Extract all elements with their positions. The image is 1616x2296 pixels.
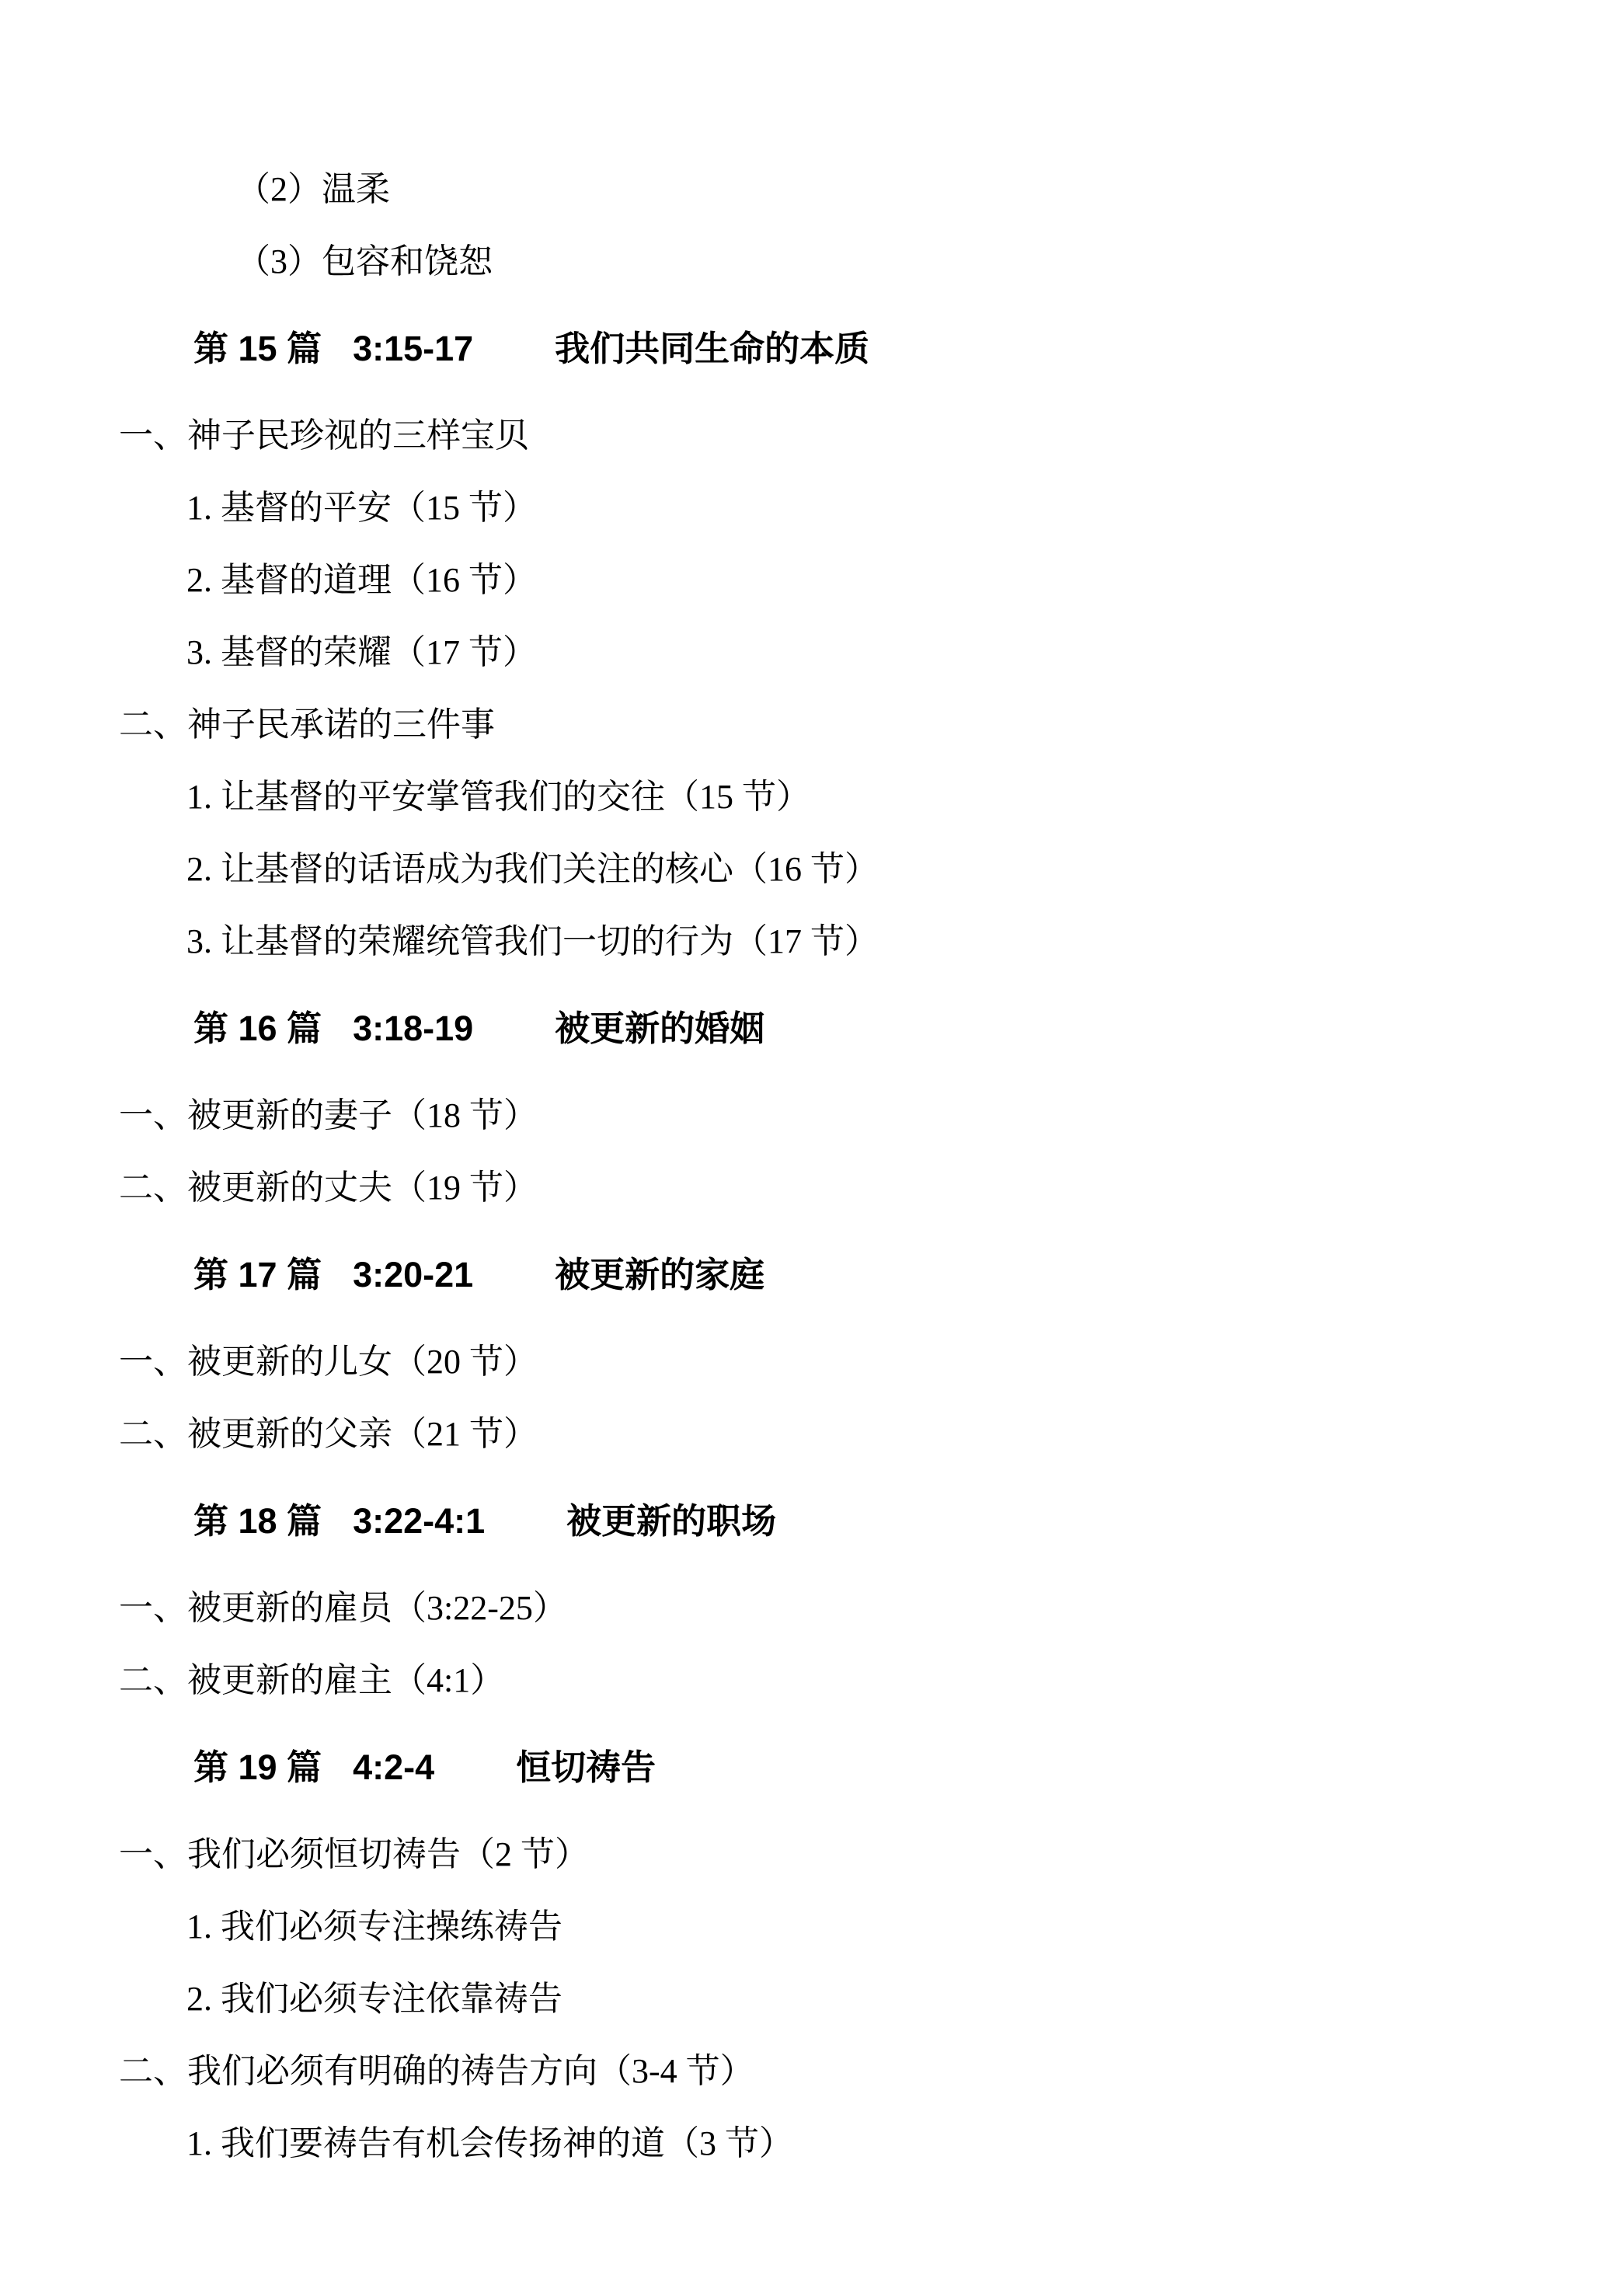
outline-item: 一、被更新的妻子（18 节）	[119, 1079, 1616, 1151]
outline-item: 2. 我们必须专注依靠祷告	[186, 1963, 1616, 2035]
outline-item: 1. 我们要祷告有机会传扬神的道（3 节）	[186, 2107, 1616, 2179]
outline-item: 一、被更新的儿女（20 节）	[119, 1326, 1616, 1398]
heading-chapter: 第 16 篇	[193, 992, 322, 1064]
section-heading: 第 19 篇4:2-4恒切祷告	[193, 1731, 1616, 1803]
outline-item: 二、我们必须有明确的祷告方向（3-4 节）	[119, 2035, 1616, 2107]
outline-item: 二、被更新的丈夫（19 节）	[119, 1151, 1616, 1224]
heading-verses: 3:18-19	[353, 992, 473, 1064]
outline-item: （2）温柔	[236, 153, 1616, 225]
heading-verses: 3:15-17	[353, 312, 473, 385]
heading-verses: 3:20-21	[353, 1239, 473, 1311]
heading-verses: 3:22-4:1	[353, 1485, 485, 1557]
heading-title: 我们共同生命的本质	[555, 312, 869, 385]
outline-item: 二、被更新的雇主（4:1）	[119, 1644, 1616, 1716]
heading-title: 被更新的婚姻	[555, 992, 764, 1064]
heading-chapter: 第 17 篇	[193, 1239, 322, 1311]
heading-title: 被更新的职场	[566, 1485, 776, 1557]
heading-chapter: 第 15 篇	[193, 312, 322, 385]
outline-item: 1. 基督的平安（15 节）	[186, 472, 1616, 544]
outline-item: 3. 基督的荣耀（17 节）	[186, 616, 1616, 688]
outline-item: 2. 基督的道理（16 节）	[186, 544, 1616, 616]
outline-item: 一、被更新的雇员（3:22-25）	[119, 1572, 1616, 1644]
heading-chapter: 第 19 篇	[193, 1731, 322, 1803]
outline-content: （2）温柔（3）包容和饶恕第 15 篇3:15-17我们共同生命的本质一、神子民…	[0, 0, 1616, 2179]
section-heading: 第 15 篇3:15-17我们共同生命的本质	[193, 312, 1616, 385]
outline-item: 1. 让基督的平安掌管我们的交往（15 节）	[186, 761, 1616, 833]
section-heading: 第 18 篇3:22-4:1被更新的职场	[193, 1485, 1616, 1557]
outline-item: 一、神子民珍视的三样宝贝	[119, 399, 1616, 472]
section-heading: 第 17 篇3:20-21被更新的家庭	[193, 1239, 1616, 1311]
outline-item: 3. 让基督的荣耀统管我们一切的行为（17 节）	[186, 905, 1616, 977]
heading-verses: 4:2-4	[353, 1731, 434, 1803]
outline-item: 二、神子民承诺的三件事	[119, 688, 1616, 761]
heading-title: 恒切祷告	[516, 1731, 656, 1803]
outline-item: 2. 让基督的话语成为我们关注的核心（16 节）	[186, 833, 1616, 905]
outline-item: 二、被更新的父亲（21 节）	[119, 1398, 1616, 1470]
document-page: （2）温柔（3）包容和饶恕第 15 篇3:15-17我们共同生命的本质一、神子民…	[0, 0, 1616, 2296]
outline-item: 一、我们必须恒切祷告（2 节）	[119, 1818, 1616, 1890]
heading-title: 被更新的家庭	[555, 1239, 764, 1311]
outline-item: 1. 我们必须专注操练祷告	[186, 1890, 1616, 1963]
section-heading: 第 16 篇3:18-19被更新的婚姻	[193, 992, 1616, 1064]
outline-item: （3）包容和饶恕	[236, 225, 1616, 298]
heading-chapter: 第 18 篇	[193, 1485, 322, 1557]
